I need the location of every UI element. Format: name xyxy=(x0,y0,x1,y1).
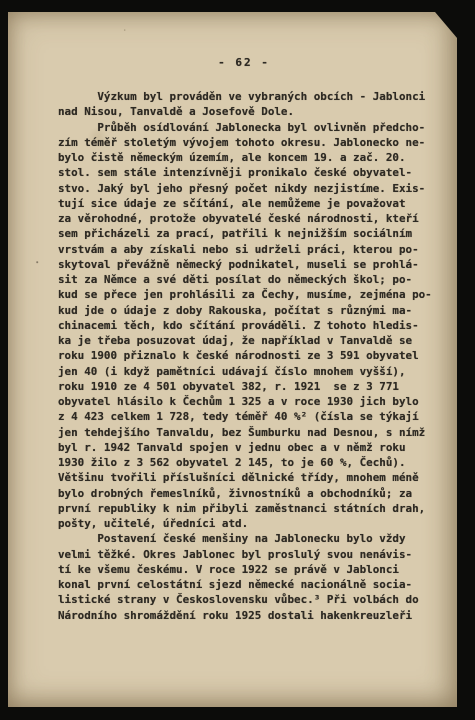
text-line: zím téměř stoletým vývojem tohoto okresu… xyxy=(58,135,440,150)
text-line: nad Nisou, Tanvaldě a Josefově Dole. xyxy=(58,104,440,119)
paragraph: Výzkum byl prováděn ve vybraných obcích … xyxy=(58,89,440,120)
text-line: ka je třeba posuzovat údaj, že například… xyxy=(58,333,440,348)
text-line: pošty, učitelé, úředníci atd. xyxy=(58,516,440,531)
text-line: listické strany v Československu vůbec.³… xyxy=(58,592,440,607)
text-line: sit za Němce a své děti posílat do němec… xyxy=(58,272,440,287)
text-line: z 4 423 celkem 1 728, tedy téměř 40 %² (… xyxy=(58,409,440,424)
text-line: stol. sem stále intenzívněji pronikalo č… xyxy=(58,165,440,180)
text-line: velmi těžké. Okres Jablonec byl proslulý… xyxy=(58,547,440,562)
text-line: Národního shromáždění roku 1925 dostali … xyxy=(58,608,440,623)
text-line: bylo drobných řemeslníků, živnostníků a … xyxy=(58,486,440,501)
text-line: obyvatel hlásilo k Čechům 1 325 a v roce… xyxy=(58,394,440,409)
text-line: vrstvám a aby získali nebo si udrželi pr… xyxy=(58,242,440,257)
text-line: byl r. 1942 Tanvald spojen v jednu obec … xyxy=(58,440,440,455)
text-line: roku 1900 přiznalo k české národnosti ze… xyxy=(58,348,440,363)
book-page: - 62 - Výzkum byl prováděn ve vybraných … xyxy=(8,12,457,707)
text-line: první republiky k nim přibyli zaměstnanc… xyxy=(58,501,440,516)
text-line: kud jde o údaje z doby Rakouska, počítat… xyxy=(58,303,440,318)
text-line: skytoval převážně německý podnikatel, mu… xyxy=(58,257,440,272)
text-line: jen tehdejšího Tanvaldu, bez Šumburku na… xyxy=(58,425,440,440)
text-line: jen 40 (i když pamětníci udávají číslo m… xyxy=(58,364,440,379)
text-line: roku 1910 ze 4 501 obyvatel 382, r. 1921… xyxy=(58,379,440,394)
text-line: Výzkum byl prováděn ve vybraných obcích … xyxy=(58,89,440,104)
text-line: Průběh osídlování Jablonecka byl ovlivně… xyxy=(58,120,440,135)
scan-background: - 62 - Výzkum byl prováděn ve vybraných … xyxy=(0,0,475,720)
text-line: 1930 žilo z 3 562 obyvatel 2 145, to je … xyxy=(58,455,440,470)
page-text: Výzkum byl prováděn ve vybraných obcích … xyxy=(58,89,440,623)
text-line: tují sice údaje ze sčítání, ale nemůžeme… xyxy=(58,196,440,211)
text-line: kud se přece jen prohlásili za Čechy, mu… xyxy=(58,287,440,302)
text-line: stvo. Jaký byl jeho přesný počet nikdy n… xyxy=(58,181,440,196)
text-line: Postavení české menšiny na Jablonecku by… xyxy=(58,531,440,546)
text-line: za věrohodné, protože obyvatelé české ná… xyxy=(58,211,440,226)
text-line: chinacemi těch, kdo sčítání prováděli. Z… xyxy=(58,318,440,333)
text-line: Většinu tvořili příslušníci dělnické tří… xyxy=(58,470,440,485)
page-number: - 62 - xyxy=(58,56,430,69)
text-line: konal první celostátní sjezd německé nac… xyxy=(58,577,440,592)
page-content: - 62 - Výzkum byl prováděn ve vybraných … xyxy=(58,56,437,623)
text-line: bylo čistě německým územím, ale koncem 1… xyxy=(58,150,440,165)
paragraph: Průběh osídlování Jablonecka byl ovlivně… xyxy=(58,120,440,532)
text-line: sem přicházeli za prací, patřili k nejni… xyxy=(58,226,440,241)
paragraph: Postavení české menšiny na Jablonecku by… xyxy=(58,531,440,623)
text-line: tí ke všemu českému. V roce 1922 se práv… xyxy=(58,562,440,577)
